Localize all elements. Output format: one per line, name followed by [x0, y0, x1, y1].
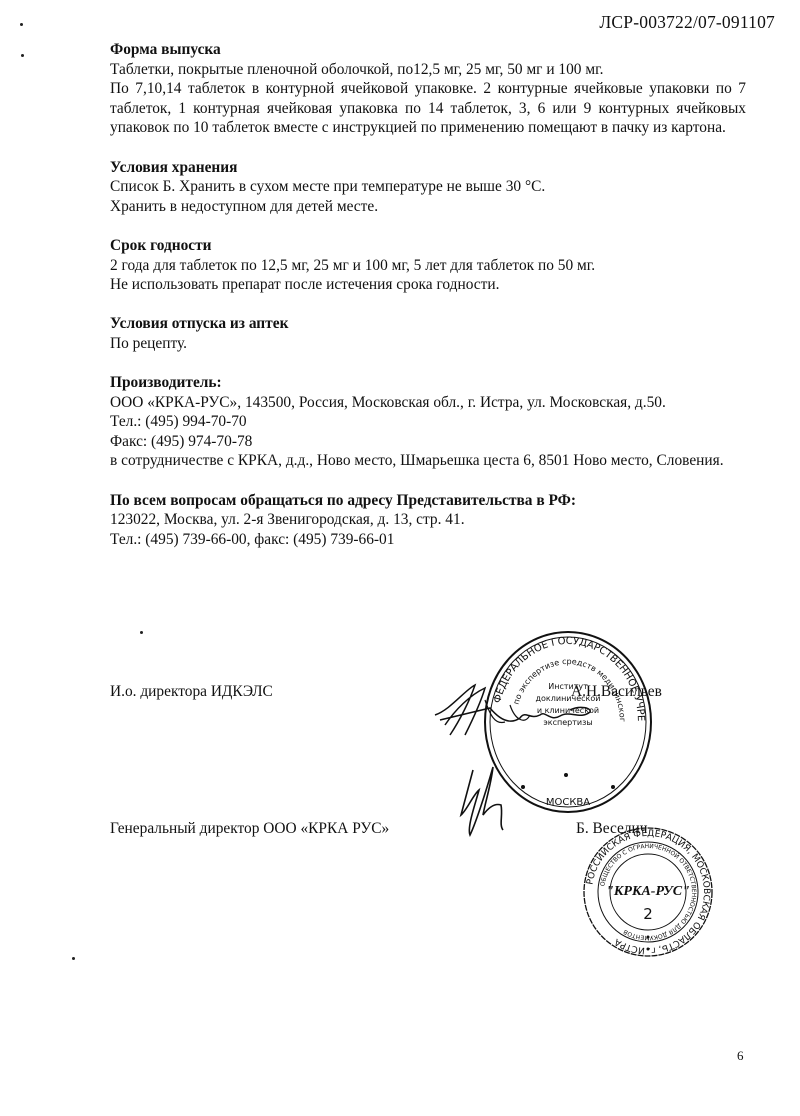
section-line: в сотрудничестве с КРКА, д.д., Ново мест… [110, 451, 746, 471]
section-line: По 7,10,14 таблеток в контурной ячейково… [110, 79, 746, 138]
stamp-company-name: "КРКА-РУС" [606, 884, 690, 899]
signature-position-1: И.о. директора ИДКЭЛС [110, 683, 273, 701]
section-title: Условия отпуска из аптек [110, 314, 746, 334]
page-number: 6 [737, 1048, 744, 1064]
section-title: Производитель: [110, 373, 746, 393]
scan-dot [140, 631, 143, 634]
section-dispensing: Условия отпуска из аптек По рецепту. [110, 314, 746, 353]
scan-dot [20, 23, 23, 26]
signature-name-1: А.Н.Васильев [571, 683, 662, 701]
scan-dot [21, 54, 24, 57]
section-representative: По всем вопросам обращаться по адресу Пр… [110, 491, 746, 550]
signature-veselich [455, 765, 515, 845]
section-line: 123022, Москва, ул. 2-я Звенигородская, … [110, 510, 746, 530]
section-title: Форма выпуска [110, 40, 746, 60]
document-body: Форма выпуска Таблетки, покрытые пленочн… [110, 40, 746, 569]
section-title: По всем вопросам обращаться по адресу Пр… [110, 491, 746, 511]
section-line: Хранить в недоступном для детей месте. [110, 197, 746, 217]
section-line: Факс: (495) 974-70-78 [110, 432, 746, 452]
section-line: Таблетки, покрытые пленочной оболочкой, … [110, 60, 746, 80]
section-manufacturer: Производитель: ООО «КРКА-РУС», 143500, Р… [110, 373, 746, 471]
section-line: По рецепту. [110, 334, 746, 354]
stamp-number: 2 [643, 905, 653, 923]
section-title: Срок годности [110, 236, 746, 256]
signature-position-2: Генеральный директор ООО «КРКА РУС» [110, 820, 389, 838]
section-release-form: Форма выпуска Таблетки, покрытые пленочн… [110, 40, 746, 138]
section-line: ООО «КРКА-РУС», 143500, Россия, Московск… [110, 393, 746, 413]
section-shelf-life: Срок годности 2 года для таблеток по 12,… [110, 236, 746, 295]
section-line: 2 года для таблеток по 12,5 мг, 25 мг и … [110, 256, 746, 276]
section-storage: Условия хранения Список Б. Хранить в сух… [110, 158, 746, 217]
section-line: Тел.: (495) 739-66-00, факс: (495) 739-6… [110, 530, 746, 550]
registration-number: ЛСР-003722/07-091107 [599, 12, 775, 33]
section-line: Тел.: (495) 994-70-70 [110, 412, 746, 432]
stamp-city: МОСКВА [546, 797, 590, 808]
section-line: Не использовать препарат после истечения… [110, 275, 746, 295]
company-stamp: РОССИЙСКАЯ ФЕДЕРАЦИЯ, МОСКОВСКАЯ ОБЛАСТЬ… [580, 825, 716, 959]
scan-dot [72, 957, 75, 960]
section-title: Условия хранения [110, 158, 746, 178]
section-line: Список Б. Хранить в сухом месте при темп… [110, 177, 746, 197]
